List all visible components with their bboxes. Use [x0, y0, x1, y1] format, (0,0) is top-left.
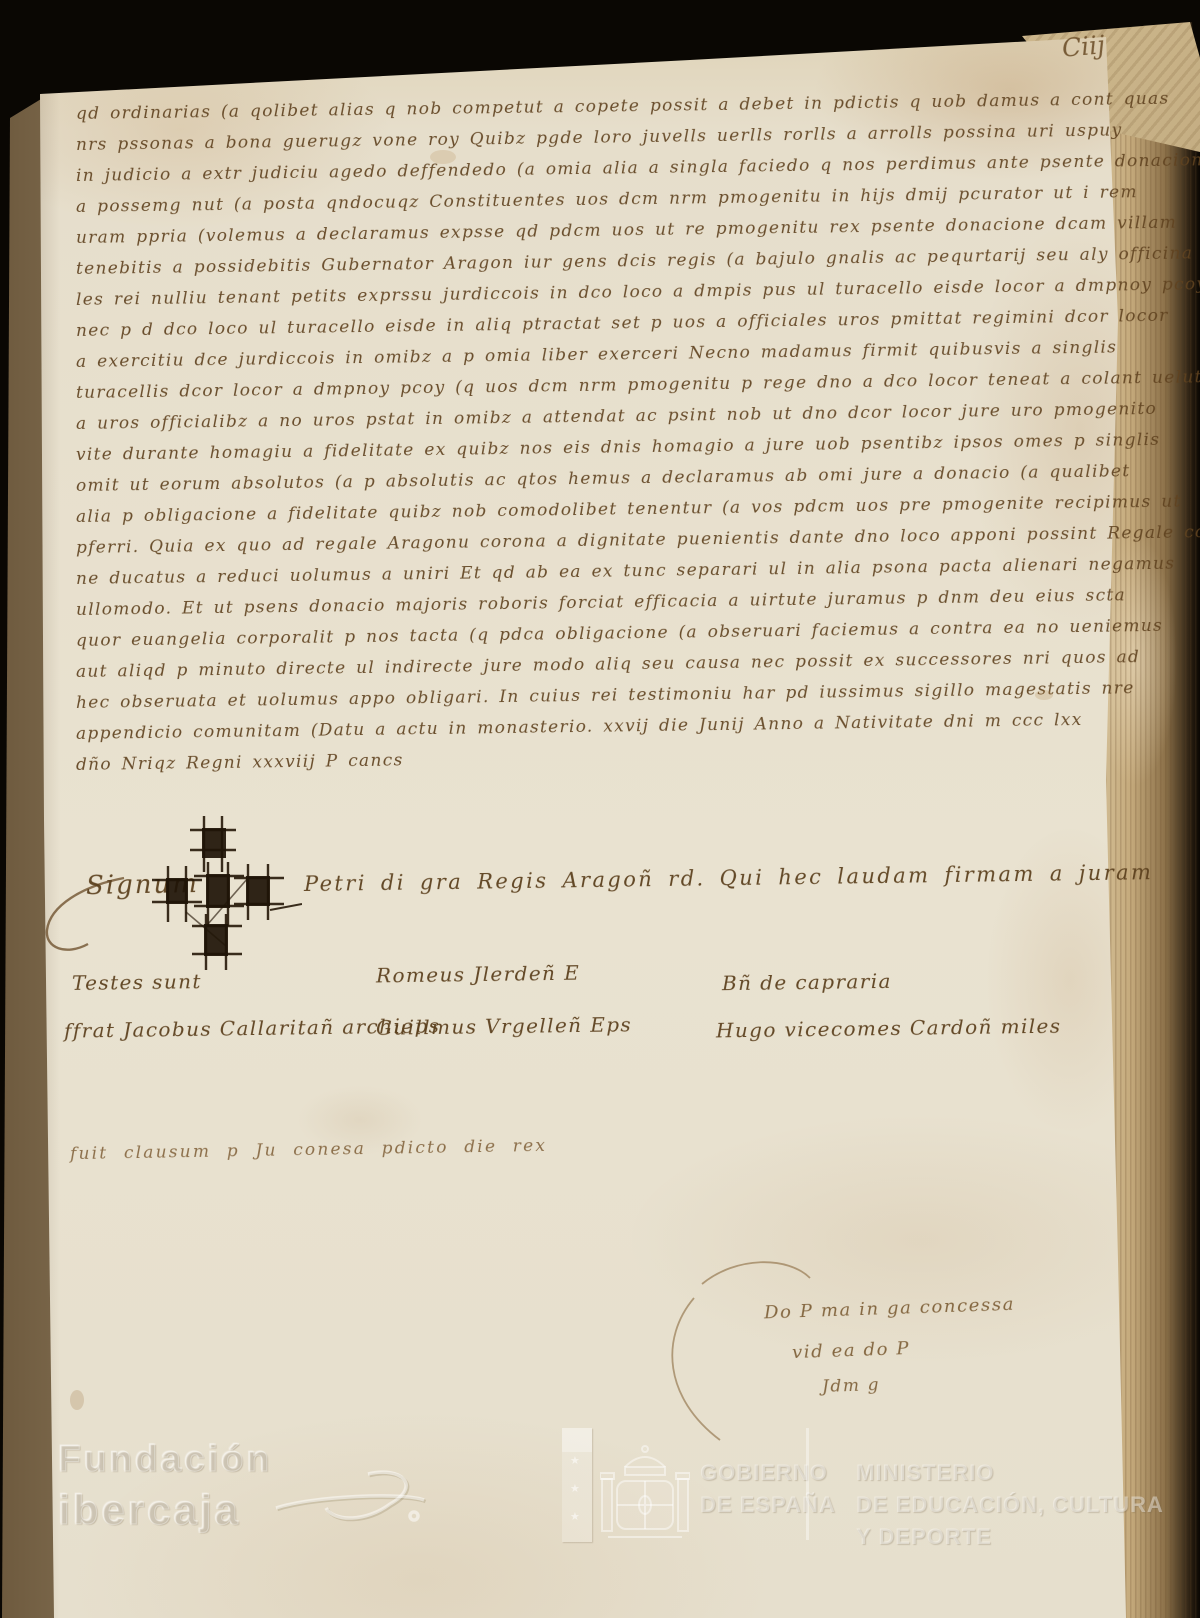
manuscript-line: omit ut eorum absolutos (a p absolutis a… — [76, 463, 1131, 495]
star-icon: ★ — [570, 1454, 580, 1467]
witness-name: Bñ de capraria — [722, 969, 892, 995]
manuscript-line: dño Nriqz Regni xxxviij P cancs — [76, 752, 404, 774]
ministry-watermark-line1: MINISTERIO — [856, 1460, 994, 1486]
manuscript-line: ullomodo. Et ut psens donacio majoris ro… — [76, 587, 1126, 619]
manuscript-line: in judicio a extr judiciu agedo deffende… — [76, 152, 1200, 185]
manuscript-line: tenebitis a possidebitis Gubernator Arag… — [76, 245, 1193, 278]
manuscript-line: nec p d dco loco ul turacello eisde in a… — [76, 308, 1169, 340]
witness-name: Romeus Jlerdeñ E — [376, 961, 580, 988]
manuscript-line: qd ordinarias (a qolibet alias q nob com… — [76, 91, 1170, 123]
ibercaja-watermark-line2: ibercaja — [58, 1486, 241, 1534]
manuscript-line: uram ppria (volemus a declaramus expsse … — [76, 215, 1177, 247]
ministry-watermark-line3: Y DEPORTE — [856, 1524, 992, 1550]
ibercaja-swoosh-icon — [272, 1462, 432, 1540]
foxing-stain — [430, 150, 456, 164]
royal-signum-cross-icon — [150, 814, 302, 972]
manuscript-line: hec obseruata et uolumus appo obligari. … — [76, 680, 1135, 712]
manuscript-line: les rei nulliu tenant petits exprssu jur… — [76, 276, 1200, 309]
manuscript-line: nrs pssonas a bona guerugz vone roy Quib… — [76, 122, 1123, 154]
manuscript-photo: { "colors": { "background": "#0a0703", "… — [0, 0, 1200, 1618]
manuscript-line: quor euangelia corporalit p nos tacta (q… — [76, 618, 1163, 650]
page-content: Ciij qd ordinarias (a qolibet alias q no… — [0, 0, 1200, 1618]
foxing-stain — [1035, 690, 1053, 700]
manuscript-line: alia p obligacione a fidelitate quibz no… — [76, 494, 1182, 526]
manuscript-line: turacellis dcor locor a dmpnoy pcoy (q u… — [76, 369, 1200, 402]
ibercaja-watermark-line1: Fundación — [58, 1438, 272, 1480]
manuscript-line: ne ducatus a reduci uolumus a uniri Et q… — [76, 556, 1176, 588]
chancery-note: vid ea do P — [792, 1338, 911, 1363]
manuscript-line: a exercitiu dce jurdiccois in omibz a p … — [76, 339, 1117, 371]
manuscript-line: pferri. Quia ex quo ad regale Aragonu co… — [76, 524, 1200, 557]
manuscript-line: aut aliqd p minuto directe ul indirecte … — [76, 649, 1140, 681]
divider-line — [806, 1428, 809, 1540]
notarial-closing-note: fuit clausum p Ju conesa pdicto die rex — [70, 1136, 547, 1164]
ministry-watermark-line2: DE EDUCACIÓN, CULTURA — [856, 1492, 1164, 1518]
star-icon: ★ — [570, 1482, 580, 1495]
manuscript-line: a possemg nut (a posta qndocuqz Constitu… — [76, 184, 1138, 216]
witness-name: Guillmus Vrgelleñ Eps — [376, 1012, 632, 1040]
chancery-note: Jdm g — [822, 1375, 881, 1397]
manuscript-line: vite durante homagiu a fidelitate ex qui… — [76, 432, 1161, 464]
signum-line: Petri di gra Regis Aragoñ rd. Qui hec la… — [304, 860, 1154, 896]
manuscript-line: a uros officialibz a no uros pstat in om… — [76, 401, 1157, 433]
star-icon: ★ — [570, 1510, 580, 1523]
government-watermark-line2: DE ESPAÑA — [700, 1492, 836, 1518]
witness-heading: Testes sunt — [72, 969, 202, 995]
spain-coat-of-arms-icon — [600, 1443, 690, 1543]
folio-number: Ciij — [1061, 30, 1106, 63]
flag-ribbon-icon: ★ ★ ★ — [562, 1428, 592, 1542]
witness-name: Hugo vicecomes Cardoñ miles — [716, 1014, 1062, 1043]
foxing-stain — [70, 1390, 84, 1410]
manuscript-line: appendicio comunitam (Datu a actu in mon… — [76, 712, 1083, 743]
